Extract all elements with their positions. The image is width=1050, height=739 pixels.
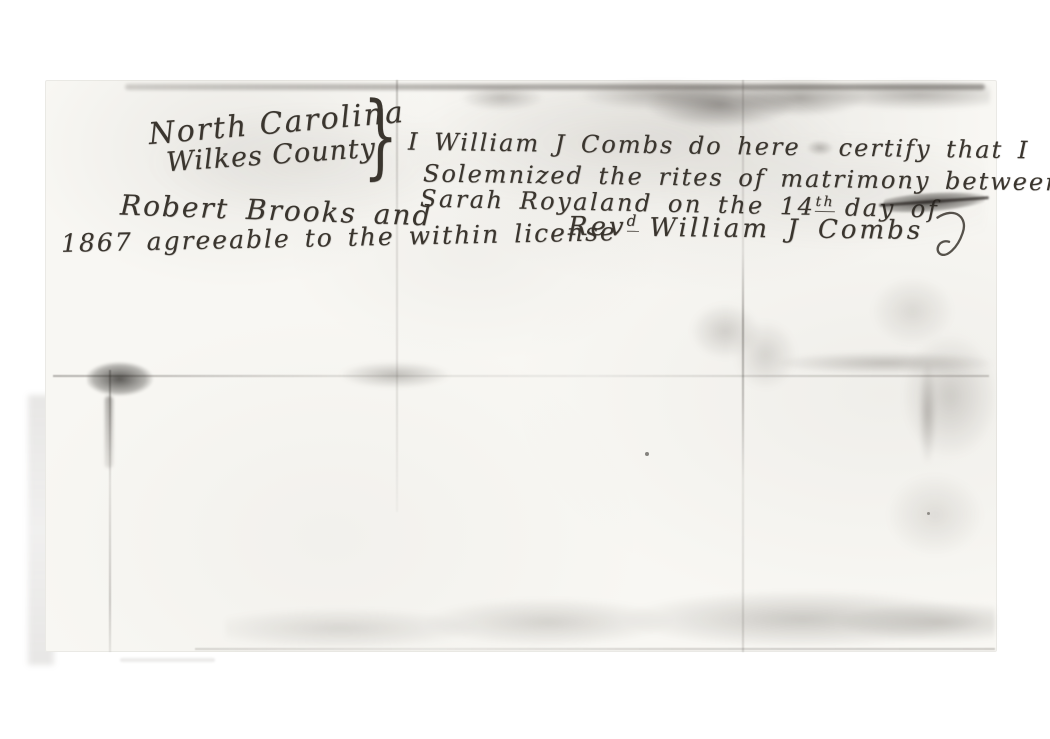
center-smudge bbox=[685, 298, 800, 393]
ink-stain-secondary bbox=[340, 362, 450, 388]
scanned-document-image: North Carolina Wilkes County } I William… bbox=[0, 0, 1050, 739]
paper-bottom-edge bbox=[195, 648, 995, 650]
ink-speck bbox=[645, 452, 649, 456]
fold-crease-vertical-left bbox=[109, 370, 111, 652]
line1-left-text: I William J Combs do here bbox=[408, 128, 801, 161]
top-edge-dark-blot bbox=[645, 82, 795, 128]
ink-stain-drip bbox=[105, 396, 113, 468]
inline-ink-smudge bbox=[807, 140, 833, 155]
paper-top-edge bbox=[125, 84, 985, 90]
ink-speck bbox=[927, 512, 930, 515]
officiant-signature: RevdWilliam J Combs bbox=[568, 211, 923, 245]
right-edge-mottling bbox=[845, 260, 995, 600]
signature-name: William J Combs bbox=[649, 213, 923, 246]
certificate-line-1: I William J Combs do here certify that I bbox=[408, 128, 1030, 165]
ordinal-suffix: th bbox=[815, 194, 835, 212]
bottom-edge-smudge-band bbox=[225, 585, 995, 647]
signature-prefix: Rev bbox=[568, 212, 627, 243]
heading-brace: } bbox=[363, 90, 398, 182]
top-edge-smudge bbox=[395, 80, 990, 120]
certificate-paper: North Carolina Wilkes County } I William… bbox=[45, 80, 997, 652]
line1-right-text: certify that I bbox=[838, 134, 1029, 165]
right-horizontal-smudge bbox=[775, 352, 995, 374]
year-and-license-text: 1867 agreeable to the within license bbox=[61, 217, 617, 258]
stray-mark bbox=[120, 658, 215, 662]
fold-crease-horizontal bbox=[53, 375, 989, 377]
ink-stain-main bbox=[87, 360, 159, 402]
signature-superscript: d bbox=[627, 212, 640, 232]
